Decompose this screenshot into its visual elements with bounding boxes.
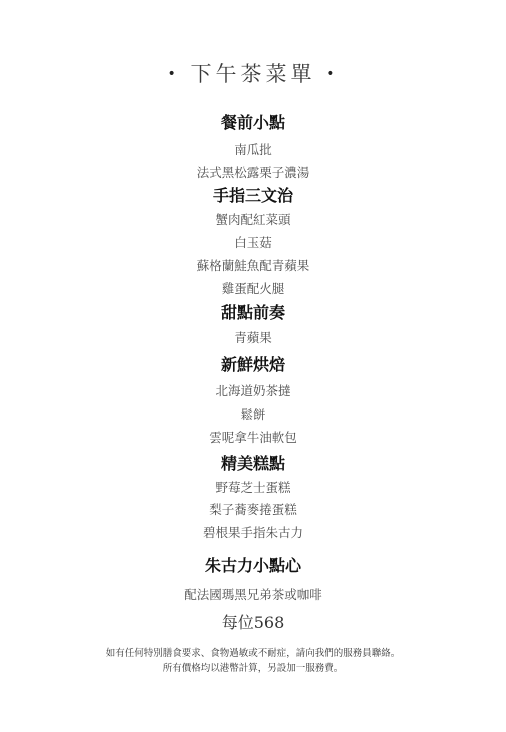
menu-item: 北海道奶茶撻 (0, 381, 506, 399)
menu-item: 蟹肉配紅菜頭 (0, 210, 506, 228)
service-charge-note: 所有價格均以港幣計算，另設加一服務費。 (0, 660, 506, 674)
section-heading-sandwiches: 手指三文治 (0, 183, 506, 206)
section-heading-fresh-baked: 新鮮烘焙 (0, 352, 506, 375)
menu-item: 梨子蕎麥捲蛋糕 (0, 500, 506, 518)
menu-item: 碧根果手指朱古力 (0, 523, 506, 541)
menu-item: 雞蛋配火腿 (0, 279, 506, 297)
menu-item: 白玉菇 (0, 233, 506, 251)
bullet-dot-icon: • (326, 66, 338, 82)
menu-item: 鬆餅 (0, 405, 506, 423)
menu-item: 青蘋果 (0, 328, 506, 346)
menu-page: • 下午茶菜單 • 餐前小點 南瓜批 法式黑松露栗子濃湯 手指三文治 蟹肉配紅菜… (0, 0, 506, 732)
menu-item: 法式黑松露栗子濃湯 (0, 163, 506, 181)
menu-title-text: 下午茶菜單 (191, 62, 316, 86)
menu-item: 雲呢拿牛油軟包 (0, 428, 506, 446)
price-per-person: 每位568 (0, 610, 506, 633)
dietary-note: 如有任何特別膳食要求、食物過敏或不耐症，請向我們的服務員聯絡。 (0, 645, 506, 659)
menu-title: • 下午茶菜單 • (0, 58, 506, 88)
menu-item: 蘇格蘭鮭魚配青蘋果 (0, 256, 506, 274)
menu-item: 南瓜批 (0, 140, 506, 158)
section-heading-appetizers: 餐前小點 (0, 110, 506, 133)
section-heading-chocolates: 朱古力小點心 (0, 553, 506, 576)
menu-item: 野莓芝士蛋糕 (0, 478, 506, 496)
section-heading-pastries: 精美糕點 (0, 451, 506, 474)
bullet-dot-icon: • (168, 66, 180, 82)
menu-item: 配法國瑪黑兄弟茶或咖啡 (0, 585, 506, 603)
section-heading-dessert-prelude: 甜點前奏 (0, 300, 506, 323)
